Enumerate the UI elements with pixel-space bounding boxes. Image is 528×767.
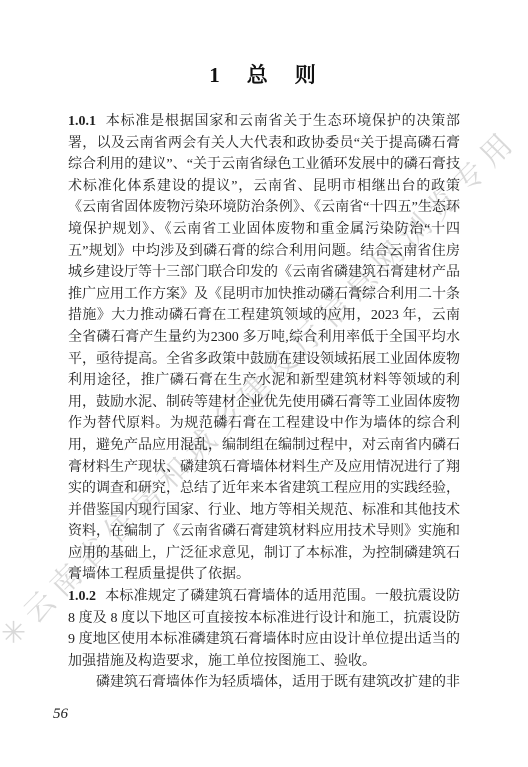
paragraph-1-0-1: 1.0.1本标准是根据国家和云南省关于生态环境保护的决策部署，以及云南省两会有关… (68, 111, 460, 586)
paragraph-continuation: 磷建筑石膏墙体作为轻质墙体，适用于既有建筑改扩建的非 (68, 672, 460, 694)
paragraph-1-0-2: 1.0.2本标准规定了磷建筑石膏墙体的适用范围。一般抗震设防 8 度及 8 度以… (68, 586, 460, 672)
clause-text-1-0-2: 本标准规定了磷建筑石膏墙体的适用范围。一般抗震设防 8 度及 8 度以下地区可直… (68, 589, 460, 669)
clause-text-1-0-1: 本标准是根据国家和云南省关于生态环境保护的决策部署，以及云南省两会有关人大代表和… (68, 114, 460, 582)
page-number: 56 (53, 706, 68, 723)
clause-number-1-0-2: 1.0.2 (68, 589, 105, 604)
clause-text-continuation: 磷建筑石膏墙体作为轻质墙体，适用于既有建筑改扩建的非 (96, 675, 460, 690)
clause-number-1-0-1: 1.0.1 (68, 114, 105, 129)
chapter-heading: 1 总 则 (0, 59, 528, 89)
document-page: ✳云南省住房和城乡建设厅信息网浏览专用 1 总 则 1.0.1本标准是根据国家和… (0, 0, 528, 767)
body-text: 1.0.1本标准是根据国家和云南省关于生态环境保护的决策部署，以及云南省两会有关… (68, 111, 460, 694)
